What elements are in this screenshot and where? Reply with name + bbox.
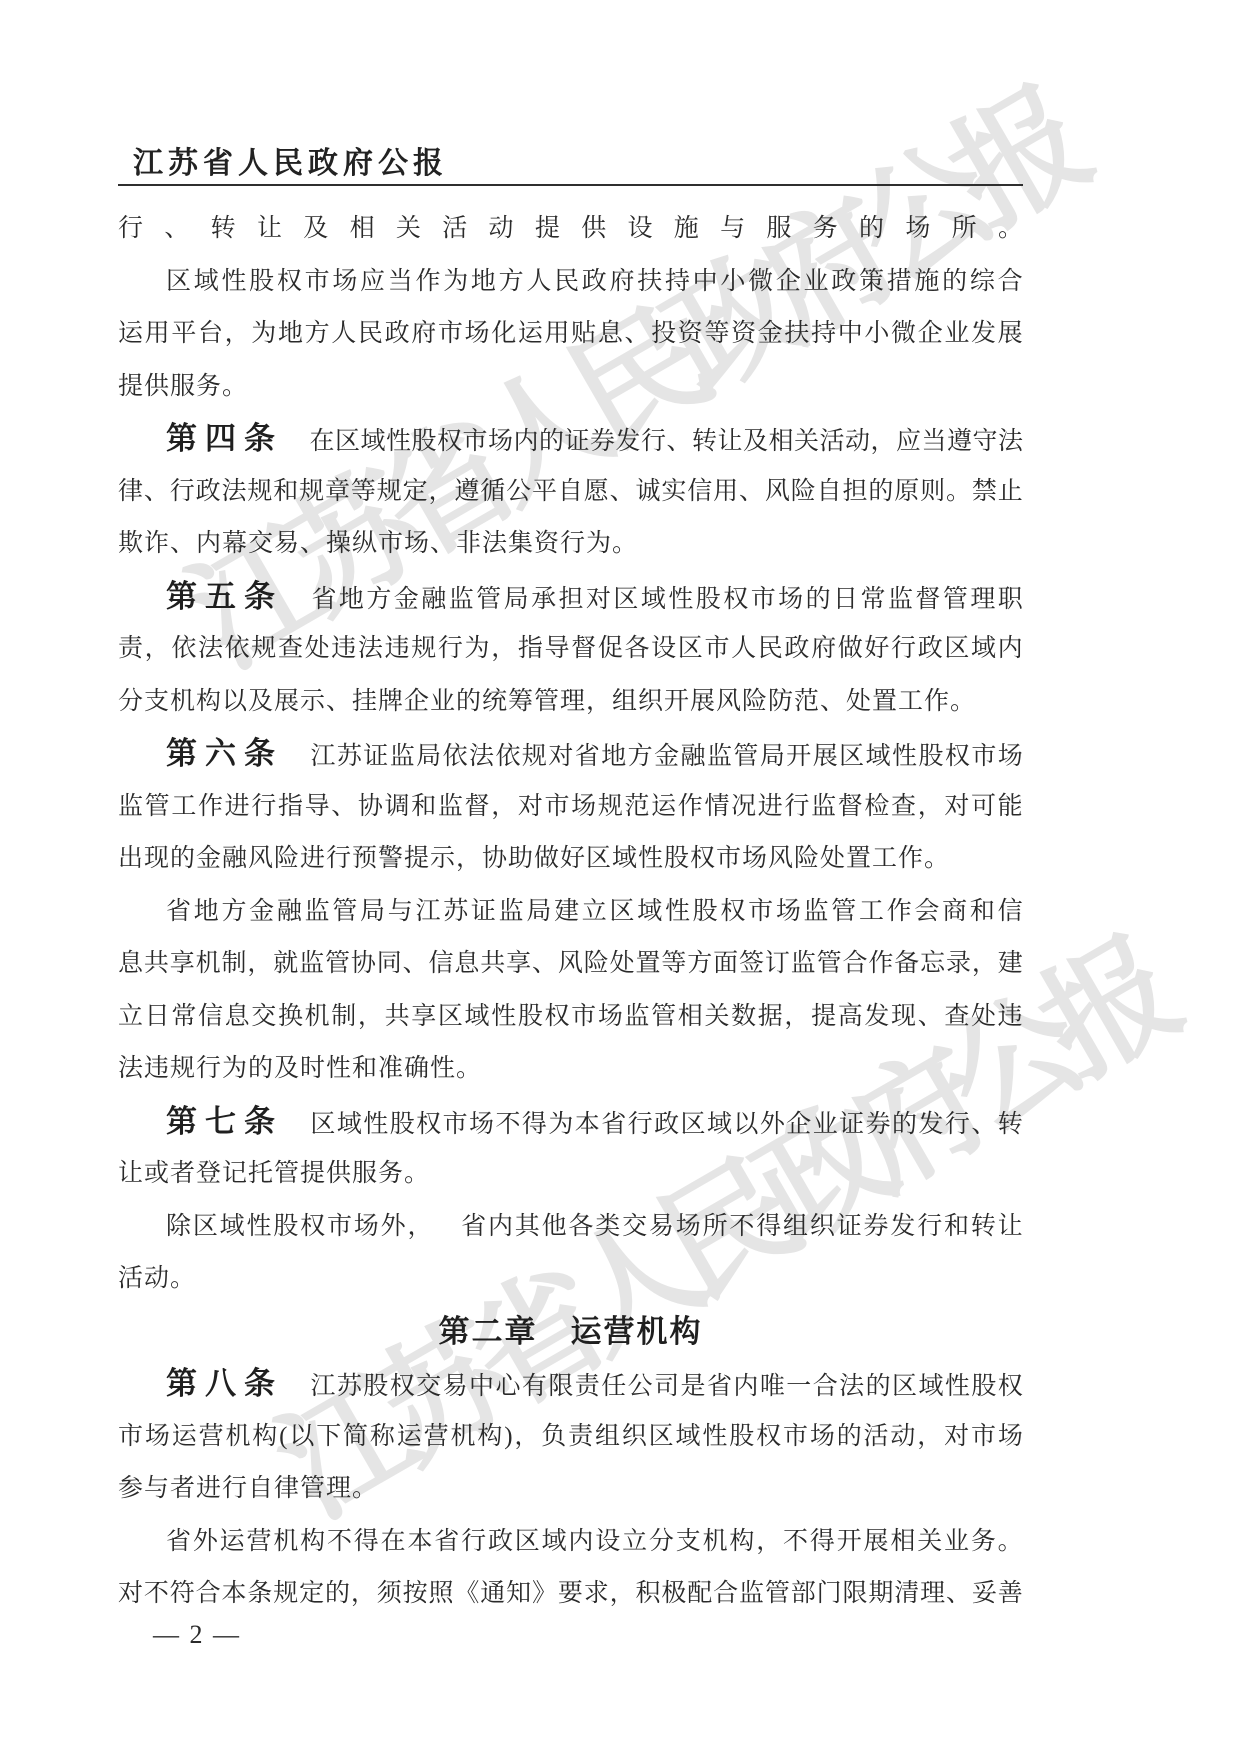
- text-line: 监管工作进行指导、协调和监督，对市场规范运作情况进行监督检查，对可能: [118, 781, 1023, 834]
- gazette-page: 江苏省人民政府公报 江苏省人民政府公报 江苏省人民政府公报 行、转让及相关活动提…: [0, 0, 1241, 1754]
- text-line: 市场运营机构(以下简称运营机构)，负责组织区域性股权市场的活动，对市场: [118, 1411, 1023, 1464]
- article-number: 第七条: [166, 1096, 283, 1149]
- article-number: 第四条: [166, 413, 283, 466]
- document-body: 行、转让及相关活动提供设施与服务的场所。区域性股权市场应当作为地方人民政府扶持中…: [118, 203, 1023, 1621]
- chapter-heading: 第二章 运营机构: [118, 1306, 1023, 1359]
- text-line: 运用平台，为地方人民政府市场化运用贴息、投资等资金扶持中小微企业发展: [118, 308, 1023, 361]
- article-number: 第六条: [166, 728, 283, 781]
- text-line: 区域性股权市场应当作为地方人民政府扶持中小微企业政策措施的综合: [118, 256, 1023, 309]
- text-line: 第五条省地方金融监管局承担对区域性股权市场的日常监督管理职: [118, 571, 1023, 624]
- text-line: 对不符合本条规定的，须按照《通知》要求，积极配合监管部门限期清理、妥善: [118, 1568, 1023, 1621]
- text-line: 行、转让及相关活动提供设施与服务的场所。: [118, 203, 1023, 256]
- text-line: 律、行政法规和规章等规定，遵循公平自愿、诚实信用、风险自担的原则。禁止: [118, 466, 1023, 519]
- text-line: 欺诈、内幕交易、操纵市场、非法集资行为。: [118, 518, 1023, 571]
- article-number: 第八条: [166, 1358, 283, 1411]
- page-number: — 2 —: [153, 1620, 241, 1650]
- text-line: 第六条江苏证监局依法依规对省地方金融监管局开展区域性股权市场: [118, 728, 1023, 781]
- header-rule: [118, 184, 1023, 186]
- text-line: 提供服务。: [118, 361, 1023, 414]
- text-line: 责，依法依规查处违法违规行为，指导督促各设区市人民政府做好行政区域内: [118, 623, 1023, 676]
- text-line: 息共享机制，就监管协同、信息共享、风险处置等方面签订监管合作备忘录，建: [118, 938, 1023, 991]
- text-line: 出现的金融风险进行预警提示，协助做好区域性股权市场风险处置工作。: [118, 833, 1023, 886]
- text-line: 除区域性股权市场外， 省内其他各类交易场所不得组织证券发行和转让: [118, 1201, 1023, 1254]
- page-title: 江苏省人民政府公报: [133, 138, 448, 182]
- text-line: 让或者登记托管提供服务。: [118, 1148, 1023, 1201]
- text-line: 第七条区域性股权市场不得为本省行政区域以外企业证券的发行、转: [118, 1096, 1023, 1149]
- text-line: 省外运营机构不得在本省行政区域内设立分支机构，不得开展相关业务。: [118, 1516, 1023, 1569]
- text-line: 省地方金融监管局与江苏证监局建立区域性股权市场监管工作会商和信: [118, 886, 1023, 939]
- text-line: 立日常信息交换机制，共享区域性股权市场监管相关数据，提高发现、查处违: [118, 991, 1023, 1044]
- text-line: 分支机构以及展示、挂牌企业的统筹管理，组织开展风险防范、处置工作。: [118, 676, 1023, 729]
- text-line: 法违规行为的及时性和准确性。: [118, 1043, 1023, 1096]
- text-line: 参与者进行自律管理。: [118, 1463, 1023, 1516]
- article-number: 第五条: [166, 571, 283, 624]
- text-line: 第八条江苏股权交易中心有限责任公司是省内唯一合法的区域性股权: [118, 1358, 1023, 1411]
- text-line: 活动。: [118, 1253, 1023, 1306]
- text-line: 第四条在区域性股权市场内的证券发行、转让及相关活动，应当遵守法: [118, 413, 1023, 466]
